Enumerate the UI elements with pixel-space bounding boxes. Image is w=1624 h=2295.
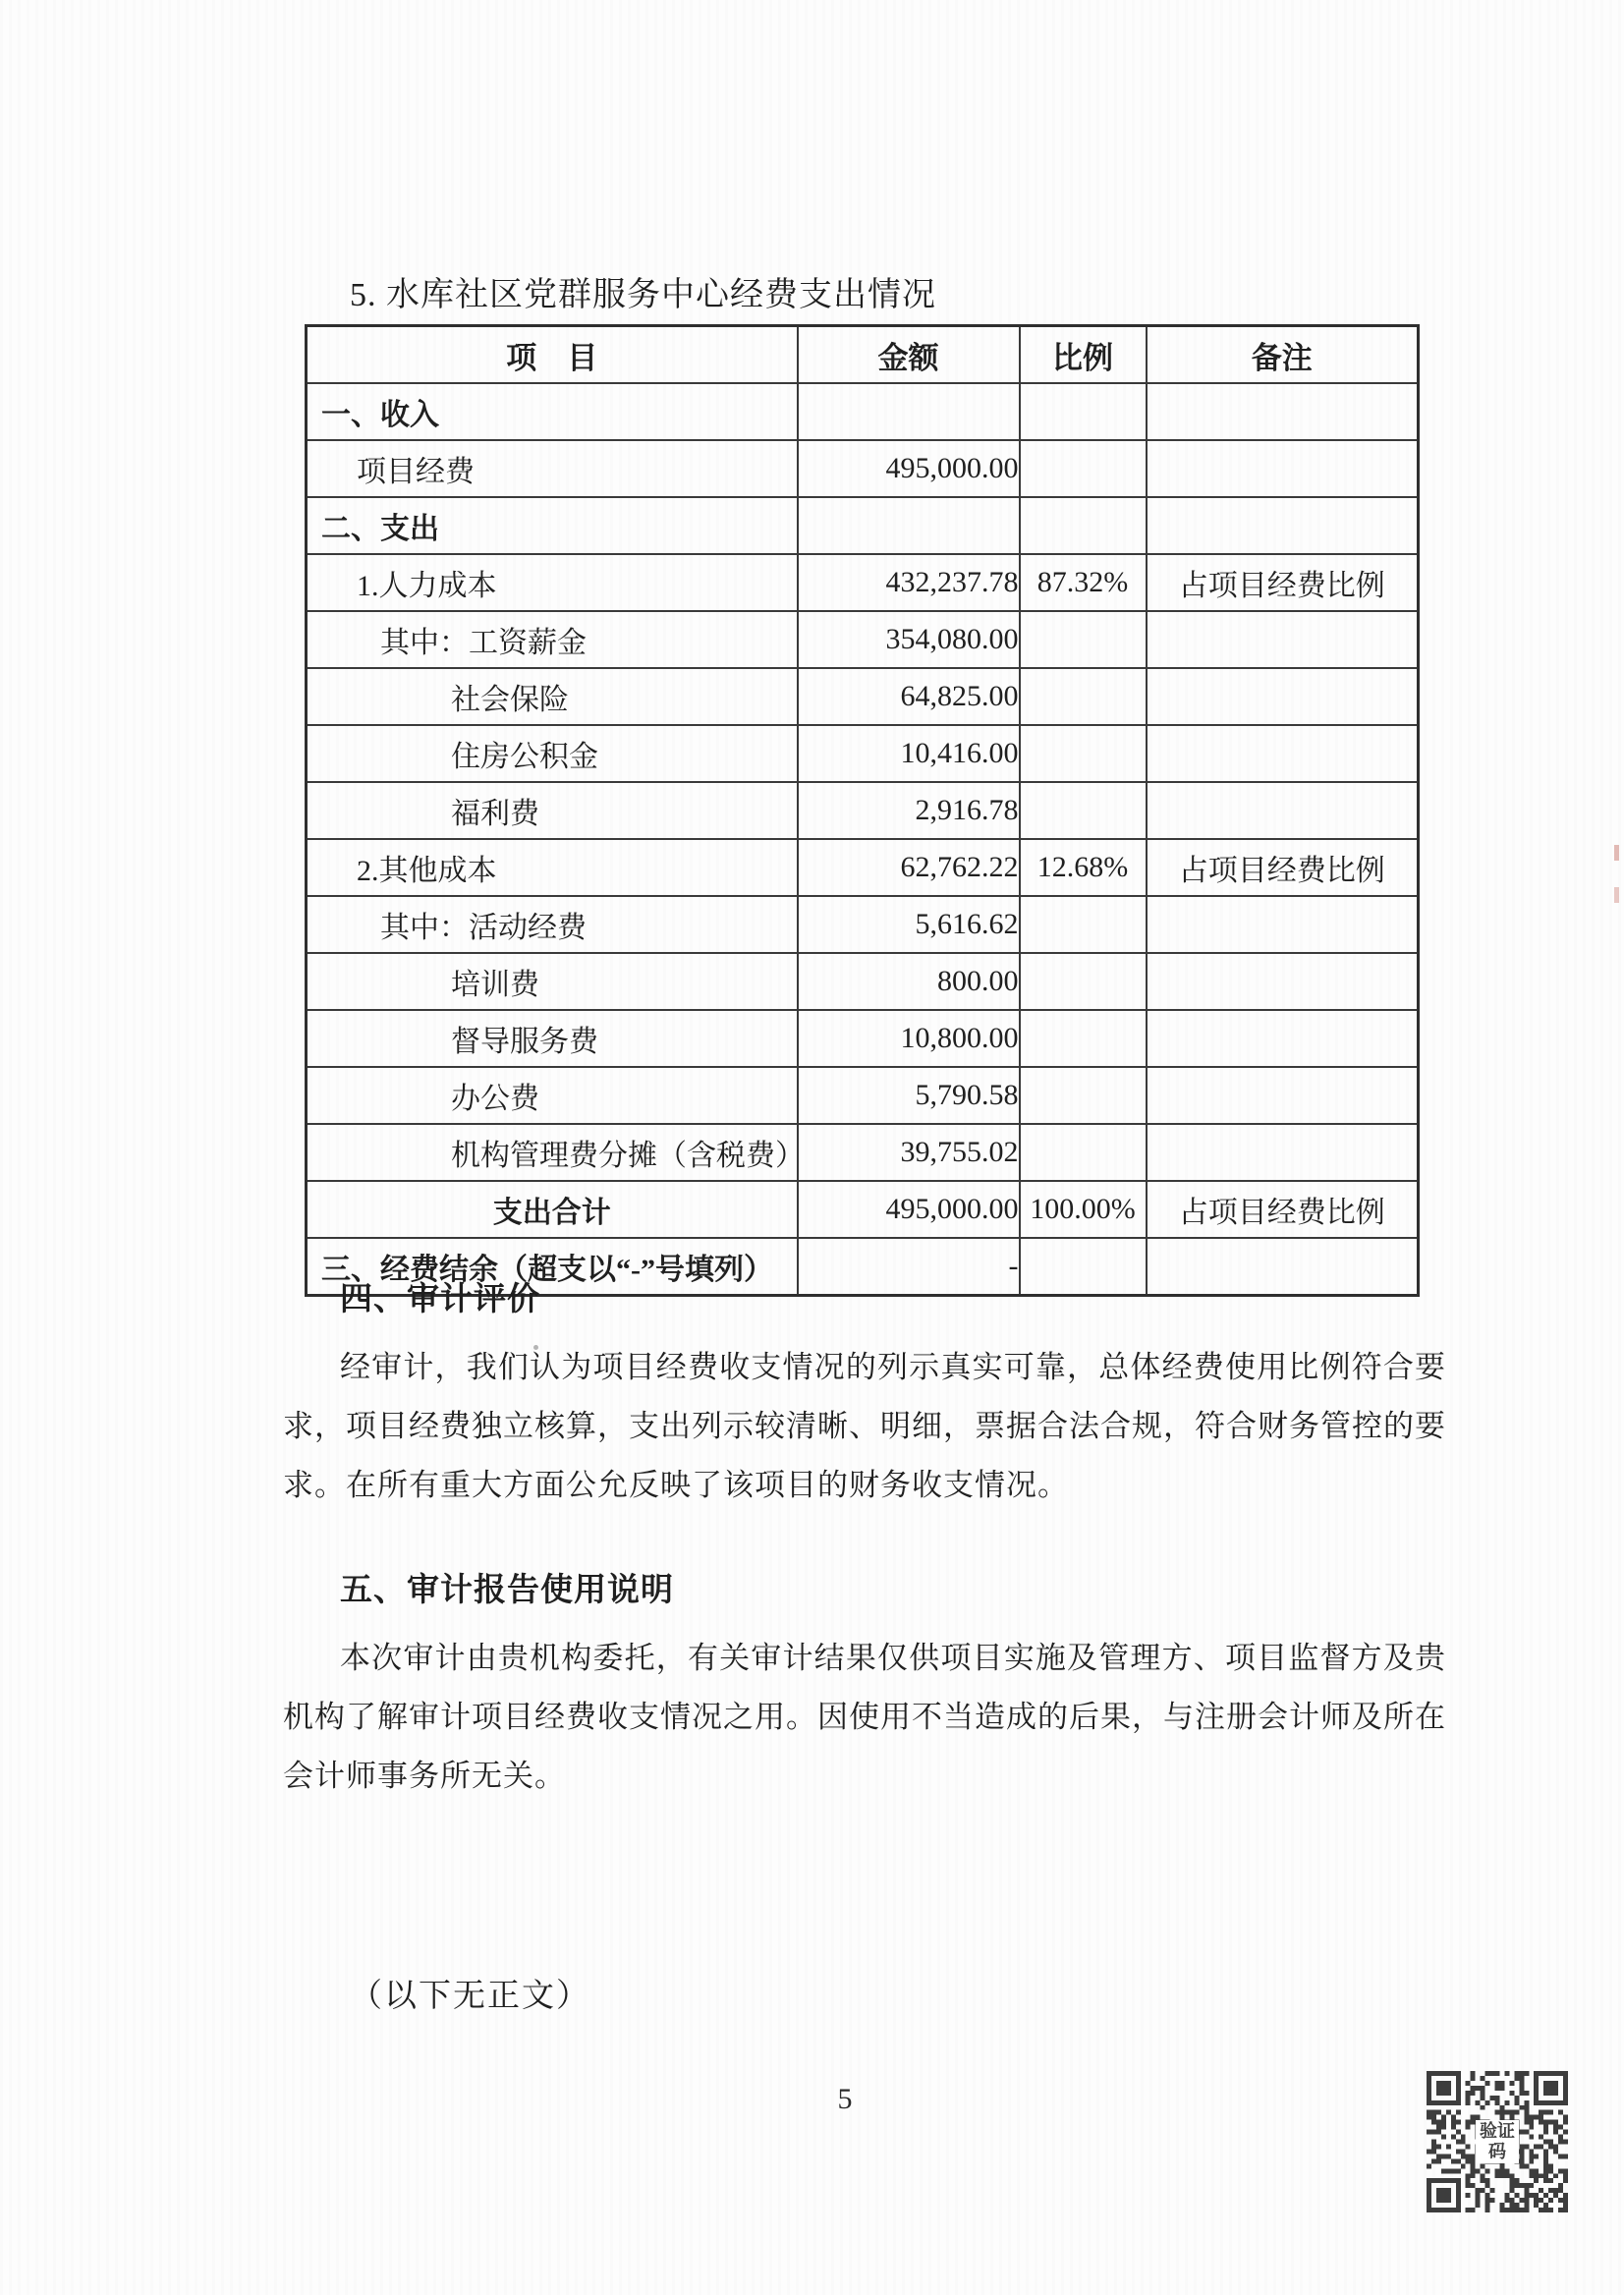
note-cell bbox=[1147, 953, 1419, 1010]
section-heading: 四、审计评价 bbox=[340, 1277, 1446, 1338]
header-item: 项 目 bbox=[307, 326, 798, 384]
table-row: 督导服务费10,800.00 bbox=[307, 1010, 1419, 1067]
item-cell: 一、收入 bbox=[307, 383, 798, 440]
ratio-cell bbox=[1020, 668, 1147, 725]
item-cell: 其中：工资薪金 bbox=[307, 611, 798, 668]
note-cell bbox=[1147, 497, 1419, 554]
amount-cell: 10,416.00 bbox=[798, 725, 1020, 782]
section-audit-evaluation: 四、审计评价 经审计，我们认为项目经费收支情况的列示真实可靠，总体经费使用比例符… bbox=[283, 1277, 1446, 1515]
table-row: 社会保险64,825.00 bbox=[307, 668, 1419, 725]
paragraph-line: 求，项目经费独立核算，支出列示较清晰、明细，票据合法合规，符合财务管控的要 bbox=[283, 1397, 1446, 1456]
item-cell: 项目经费 bbox=[307, 440, 798, 497]
item-cell: 培训费 bbox=[307, 953, 798, 1010]
ratio-cell bbox=[1020, 782, 1147, 839]
item-cell: 2.其他成本 bbox=[307, 839, 798, 896]
note-cell bbox=[1147, 725, 1419, 782]
table-row: 二、支出 bbox=[307, 497, 1419, 554]
item-cell: 机构管理费分摊（含税费） bbox=[307, 1124, 798, 1181]
item-cell: 社会保险 bbox=[307, 668, 798, 725]
amount-cell: 39,755.02 bbox=[798, 1124, 1020, 1181]
header-amount: 金额 bbox=[798, 326, 1020, 384]
amount-cell: 432,237.78 bbox=[798, 554, 1020, 611]
paragraph: 经审计，我们认为项目经费收支情况的列示真实可靠，总体经费使用比例符合要求，项目经… bbox=[283, 1338, 1446, 1515]
amount-cell: 2,916.78 bbox=[798, 782, 1020, 839]
table-row: 机构管理费分摊（含税费）39,755.02 bbox=[307, 1124, 1419, 1181]
ratio-cell: 100.00% bbox=[1020, 1181, 1147, 1238]
table-row: 项目经费495,000.00 bbox=[307, 440, 1419, 497]
amount-cell: 354,080.00 bbox=[798, 611, 1020, 668]
note-cell: 占项目经费比例 bbox=[1147, 839, 1419, 896]
ratio-cell bbox=[1020, 725, 1147, 782]
note-cell bbox=[1147, 896, 1419, 953]
table-row: 支出合计495,000.00100.00%占项目经费比例 bbox=[307, 1181, 1419, 1238]
scan-artifact bbox=[1614, 887, 1619, 903]
note-cell bbox=[1147, 1010, 1419, 1067]
page-number: 5 bbox=[823, 2083, 867, 2116]
ratio-cell bbox=[1020, 896, 1147, 953]
table-row: 一、收入 bbox=[307, 383, 1419, 440]
header-ratio: 比例 bbox=[1020, 326, 1147, 384]
paragraph: 本次审计由贵机构委托，有关审计结果仅供项目实施及管理方、项目监督方及贵机构了解审… bbox=[283, 1629, 1446, 1806]
paragraph-line: 经审计，我们认为项目经费收支情况的列示真实可靠，总体经费使用比例符合要 bbox=[283, 1338, 1446, 1397]
item-cell: 其中：活动经费 bbox=[307, 896, 798, 953]
item-cell: 二、支出 bbox=[307, 497, 798, 554]
paragraph-line: 会计师事务所无关。 bbox=[283, 1747, 1446, 1806]
paragraph-line: 本次审计由贵机构委托，有关审计结果仅供项目实施及管理方、项目监督方及贵 bbox=[283, 1629, 1446, 1688]
table-row: 住房公积金10,416.00 bbox=[307, 725, 1419, 782]
qr-code: 验证码 bbox=[1427, 2071, 1568, 2212]
ratio-cell bbox=[1020, 497, 1147, 554]
table-row: 其中：活动经费5,616.62 bbox=[307, 896, 1419, 953]
header-note: 备注 bbox=[1147, 326, 1419, 384]
section-report-usage: 五、审计报告使用说明 本次审计由贵机构委托，有关审计结果仅供项目实施及管理方、项… bbox=[283, 1568, 1446, 1806]
ratio-cell bbox=[1020, 383, 1147, 440]
ratio-cell bbox=[1020, 1124, 1147, 1181]
note-cell bbox=[1147, 668, 1419, 725]
note-cell bbox=[1147, 1067, 1419, 1124]
paragraph-line: 机构了解审计项目经费收支情况之用。因使用不当造成的后果，与注册会计师及所在 bbox=[283, 1688, 1446, 1747]
note-cell bbox=[1147, 782, 1419, 839]
scan-artifact bbox=[1614, 845, 1619, 861]
amount-cell: 5,616.62 bbox=[798, 896, 1020, 953]
amount-cell: 5,790.58 bbox=[798, 1067, 1020, 1124]
item-cell: 办公费 bbox=[307, 1067, 798, 1124]
table-row: 培训费800.00 bbox=[307, 953, 1419, 1010]
note-cell: 占项目经费比例 bbox=[1147, 554, 1419, 611]
ratio-cell: 12.68% bbox=[1020, 839, 1147, 896]
table-row: 1.人力成本432,237.7887.32%占项目经费比例 bbox=[307, 554, 1419, 611]
item-cell: 支出合计 bbox=[307, 1181, 798, 1238]
amount-cell: 800.00 bbox=[798, 953, 1020, 1010]
amount-cell: 10,800.00 bbox=[798, 1010, 1020, 1067]
amount-cell: 64,825.00 bbox=[798, 668, 1020, 725]
amount-cell: 495,000.00 bbox=[798, 1181, 1020, 1238]
ratio-cell: 87.32% bbox=[1020, 554, 1147, 611]
note-cell bbox=[1147, 383, 1419, 440]
amount-cell bbox=[798, 383, 1020, 440]
note-cell bbox=[1147, 440, 1419, 497]
ratio-cell bbox=[1020, 953, 1147, 1010]
item-cell: 1.人力成本 bbox=[307, 554, 798, 611]
item-cell: 督导服务费 bbox=[307, 1010, 798, 1067]
amount-cell: 62,762.22 bbox=[798, 839, 1020, 896]
table-title: 5. 水库社区党群服务中心经费支出情况 bbox=[350, 267, 936, 315]
ratio-cell bbox=[1020, 440, 1147, 497]
item-cell: 住房公积金 bbox=[307, 725, 798, 782]
ratio-cell bbox=[1020, 611, 1147, 668]
note-cell bbox=[1147, 1124, 1419, 1181]
table-row: 其中：工资薪金354,080.00 bbox=[307, 611, 1419, 668]
qr-code-label: 验证码 bbox=[1476, 2120, 1519, 2163]
item-cell: 福利费 bbox=[307, 782, 798, 839]
expense-table: 项 目 金额 比例 备注 一、收入项目经费495,000.00二、支出1.人力成… bbox=[305, 324, 1420, 1297]
table-row: 福利费2,916.78 bbox=[307, 782, 1419, 839]
ratio-cell bbox=[1020, 1067, 1147, 1124]
table-row: 2.其他成本62,762.2212.68%占项目经费比例 bbox=[307, 839, 1419, 896]
no-body-text-note: （以下无正文） bbox=[350, 1970, 590, 2016]
amount-cell bbox=[798, 497, 1020, 554]
table-row: 办公费5,790.58 bbox=[307, 1067, 1419, 1124]
ratio-cell bbox=[1020, 1010, 1147, 1067]
note-cell bbox=[1147, 611, 1419, 668]
table-header-row: 项 目 金额 比例 备注 bbox=[307, 326, 1419, 384]
section-heading: 五、审计报告使用说明 bbox=[340, 1568, 1446, 1629]
document-page: 5. 水库社区党群服务中心经费支出情况 项 目 金额 比例 备注 一、收入项目经… bbox=[0, 0, 1624, 2295]
paragraph-line: 求。在所有重大方面公允反映了该项目的财务收支情况。 bbox=[283, 1456, 1446, 1515]
note-cell: 占项目经费比例 bbox=[1147, 1181, 1419, 1238]
amount-cell: 495,000.00 bbox=[798, 440, 1020, 497]
